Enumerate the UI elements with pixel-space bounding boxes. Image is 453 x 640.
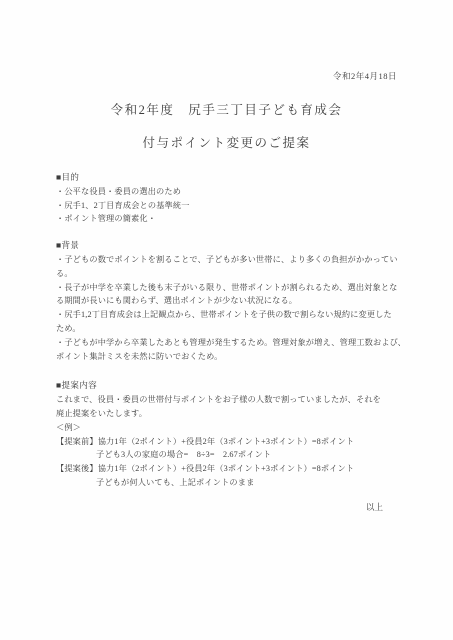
background-line: ・子どもの数でポイントを割ることで、子どもが多い世帯に、より多くの負担がかかって… xyxy=(56,253,397,267)
proposal-after-detail: 子どもが何人いても、上記ポイントのまま xyxy=(56,476,397,490)
background-line: る。 xyxy=(56,267,397,281)
background-line: ・尻手1,2丁目育成会は上記観点から、世帯ポイントを子供の数で割らない規約に変更… xyxy=(56,308,397,322)
document-page: 令和2年4月18日 令和2年度 尻手三丁目子ども育成会 付与ポイント変更のご提案… xyxy=(0,0,453,640)
section-background: ■背景 ・子どもの数でポイントを割ることで、子どもが多い世帯に、より多くの負担が… xyxy=(56,239,397,363)
proposal-line: これまで、役員・委員の世帯付与ポイントをお子様の人数で割っていましたが、それを xyxy=(56,393,397,407)
background-heading: ■背景 xyxy=(56,239,397,253)
background-line: ・子どもが中学から卒業したあとも管理が発生するため。管理対象が増え、管理工数およ… xyxy=(56,336,397,350)
background-line: ポイント集計ミスを未然に防いでおくため。 xyxy=(56,350,397,364)
document-title: 令和2年度 尻手三丁目子ども育成会 xyxy=(56,101,397,119)
section-proposal: ■提案内容 これまで、役員・委員の世帯付与ポイントをお子様の人数で割っていました… xyxy=(56,379,397,489)
proposal-before-detail: 子ども3人の家庭の場合= 8÷3= 2.67ポイント xyxy=(56,448,397,462)
document-subtitle: 付与ポイント変更のご提案 xyxy=(56,134,397,152)
background-line: ため。 xyxy=(56,322,397,336)
proposal-heading: ■提案内容 xyxy=(56,379,397,393)
purpose-heading: ■目的 xyxy=(56,171,397,185)
proposal-after-line: 【提案後】協力1年（2ポイント）+役員2年（3ポイント+3ポイント）=8ポイント xyxy=(56,462,397,476)
proposal-line: 廃止提案をいたします。 xyxy=(56,407,397,421)
purpose-bullet: ・ポイント管理の簡素化・ xyxy=(56,212,397,226)
background-line: ・長子が中学を卒業した後も末子がいる限り、世帯ポイントが割られるため、選出対象と… xyxy=(56,281,397,295)
purpose-bullet: ・尻手1、2丁目育成会との基準統一 xyxy=(56,199,397,213)
purpose-bullet: ・公平な役員・委員の選出のため xyxy=(56,185,397,199)
document-date: 令和2年4月18日 xyxy=(56,70,397,82)
proposal-example-label: ＜例＞ xyxy=(56,421,397,435)
background-line: る期間が長いにも関わらず、選出ポイントが少ない状況になる。 xyxy=(56,294,397,308)
proposal-before-line: 【提案前】協力1年（2ポイント）+役員2年（3ポイント+3ポイント）=8ポイント xyxy=(56,435,397,449)
document-closing: 以上 xyxy=(56,501,397,514)
section-purpose: ■目的 ・公平な役員・委員の選出のため ・尻手1、2丁目育成会との基準統一 ・ポ… xyxy=(56,171,397,226)
